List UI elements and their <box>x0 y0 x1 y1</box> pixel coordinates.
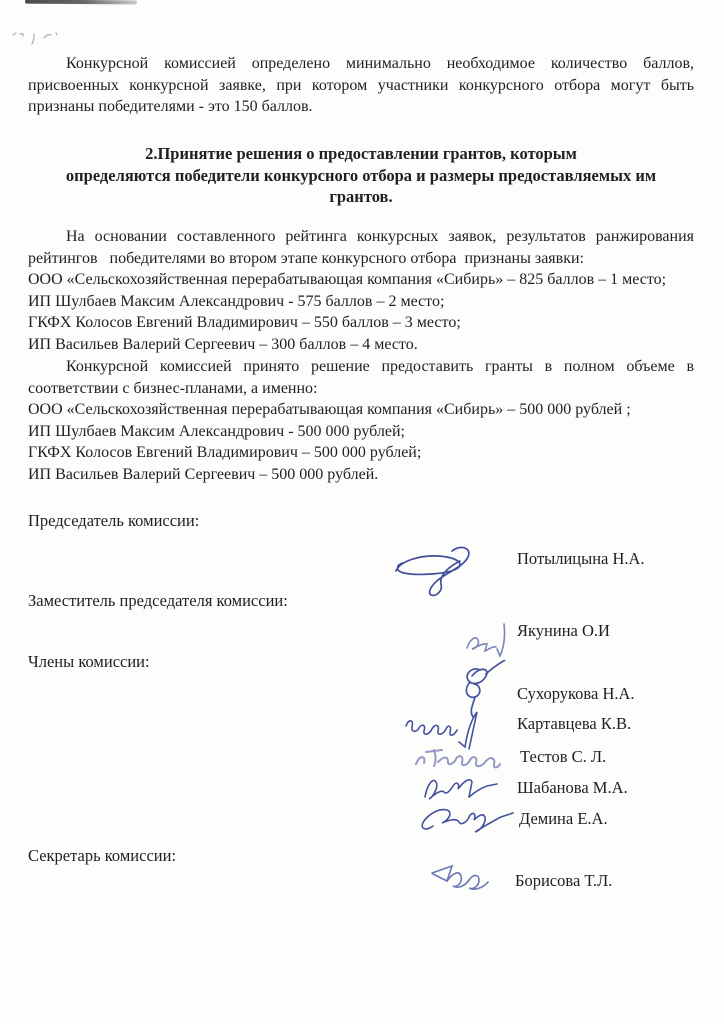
chairman-signature <box>388 541 488 599</box>
member-name-4: Шабанова М.А. <box>517 778 628 798</box>
grant-amount-line: ИП Шулбаев Максим Александрович - 500 00… <box>28 421 694 443</box>
text-line: Конкурсной комиссией принято решение пре… <box>28 356 694 378</box>
member-name-5: Демина Е.А. <box>519 809 608 829</box>
section-2-heading: 2.Принятие решения о предоставлении гран… <box>28 143 694 208</box>
heading-line: 2.Принятие решения о предоставлении гран… <box>28 143 694 165</box>
deputy-name: Якунина О.И <box>517 621 610 641</box>
scanned-document-page: Конкурсной комиссией определено минималь… <box>0 0 724 1024</box>
scan-artifact-streak <box>25 0 137 4</box>
deputy-chairman-label: Заместитель председателя комиссии: <box>28 591 288 611</box>
paragraph-rating-basis: На основании составленного рейтинга конк… <box>28 226 694 269</box>
winner-score-line: ООО «Сельскохозяйственная перерабатывающ… <box>28 269 694 291</box>
winner-score-line: ИП Васильев Валерий Сергеевич – 300 балл… <box>28 334 694 356</box>
text-line: На основании составленного рейтинга конк… <box>28 226 694 248</box>
grant-amount-list: ООО «Сельскохозяйственная перерабатывающ… <box>28 399 694 485</box>
member-signature-3 <box>412 744 502 772</box>
member-name-1: Сухорукова Н.А. <box>517 684 635 704</box>
winner-score-line: ИП Шулбаев Максим Александрович - 575 ба… <box>28 291 694 313</box>
secretary-signature <box>428 861 496 903</box>
member-name-2: Картавцева К.В. <box>517 714 631 734</box>
text-line: рейтингов победителями во втором этапе к… <box>28 248 694 270</box>
member-name-3: Тестов С. Л. <box>520 747 606 767</box>
grant-amount-line: ИП Васильев Валерий Сергеевич – 500 000 … <box>28 464 694 486</box>
winner-score-line: ГКФХ Колосов Евгений Владимирович – 550 … <box>28 312 694 334</box>
member-signature-4 <box>417 773 501 803</box>
text-line: признаны победителями - это 150 баллов. <box>28 96 694 118</box>
heading-line: определяются победители конкурсного отбо… <box>28 165 694 187</box>
chairman-name: Потылицына Н.А. <box>517 549 645 569</box>
heading-line: грантов. <box>28 186 694 208</box>
grant-amount-line: ООО «Сельскохозяйственная перерабатывающ… <box>28 399 694 421</box>
grant-amount-line: ГКФХ Колосов Евгений Владимирович – 500 … <box>28 442 694 464</box>
text-line: соответствии с бизнес-планами, а именно: <box>28 378 694 400</box>
paragraph-minimum-score: Конкурсной комиссией определено минималь… <box>28 53 694 118</box>
secretary-label: Секретарь комиссии: <box>28 846 176 866</box>
text-line: присвоенных конкурсной заявке, при котор… <box>28 75 694 97</box>
secretary-name: Борисова Т.Л. <box>515 871 612 891</box>
members-label: Члены комиссии: <box>28 652 150 672</box>
chairman-label: Председатель комиссии: <box>28 511 199 531</box>
paragraph-grant-decision: Конкурсной комиссией принято решение пре… <box>28 356 694 399</box>
winners-score-list: ООО «Сельскохозяйственная перерабатывающ… <box>28 269 694 355</box>
text-line: Конкурсной комиссией определено минималь… <box>28 53 694 75</box>
pencil-scribble-marks <box>10 26 70 48</box>
deputy-signature <box>463 618 513 666</box>
member-signature-5 <box>417 800 517 838</box>
